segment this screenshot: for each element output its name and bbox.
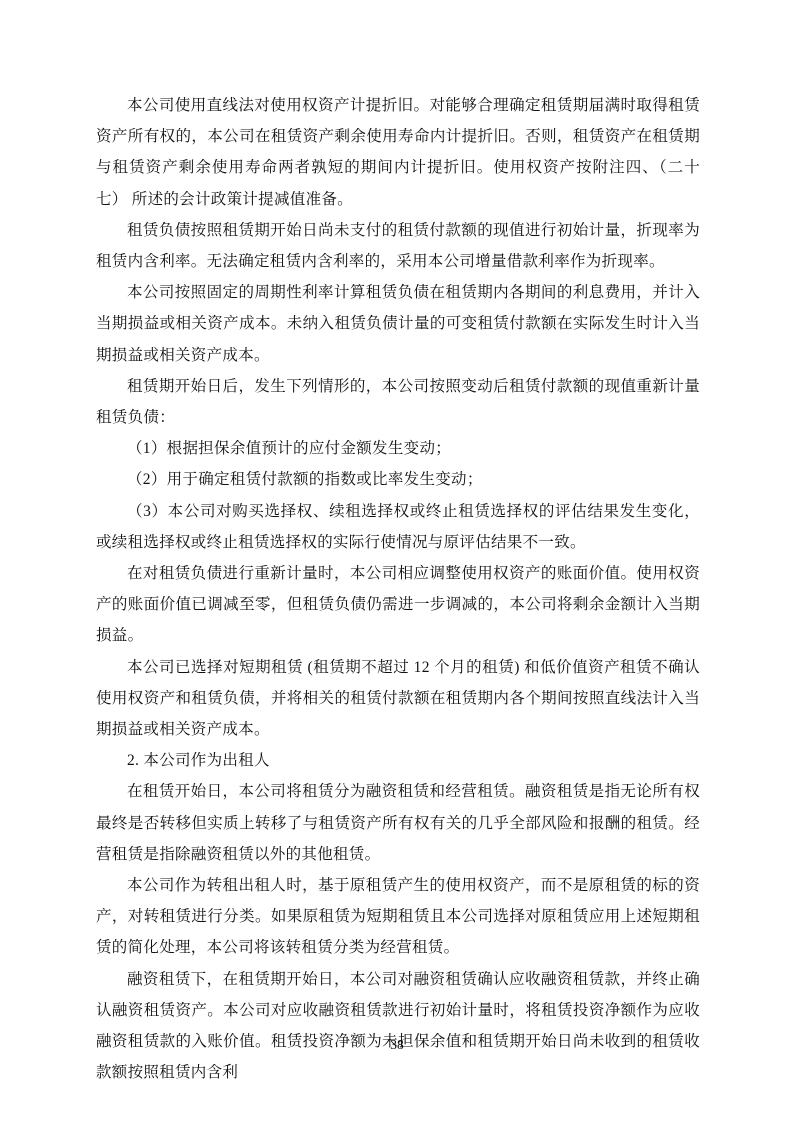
heading-lessor: 2. 本公司作为出租人: [96, 745, 700, 776]
document-page: 本公司使用直线法对使用权资产计提折旧。对能够合理确定租赁期届满时取得租赁资产所有…: [0, 0, 794, 1122]
paragraph-remeasurement-intro: 租赁期开始日后，发生下列情形的，本公司按照变动后租赁付款额的现值重新计量租赁负债…: [96, 371, 700, 433]
paragraph-short-term-lease: 本公司已选择对短期租赁 (租赁期不超过 12 个月的租赁) 和低价值资产租赁不确…: [96, 652, 700, 746]
paragraph-row-depreciation: 本公司使用直线法对使用权资产计提折旧。对能够合理确定租赁期届满时取得租赁资产所有…: [96, 90, 700, 215]
paragraph-lease-liability-initial: 租赁负债按照租赁期开始日尚未支付的租赁付款额的现值进行初始计量，折现率为租赁内含…: [96, 215, 700, 277]
paragraph-sublease: 本公司作为转租出租人时，基于原租赁产生的使用权资产，而不是原租赁的标的资产，对转…: [96, 870, 700, 964]
list-item-2: （2）用于确定租赁付款额的指数或比率发生变动；: [96, 464, 700, 495]
paragraph-lease-classification: 在租赁开始日，本公司将租赁分为融资租赁和经营租赁。融资租赁是指无论所有权最终是否…: [96, 776, 700, 870]
paragraph-remeasurement-adjust: 在对租赁负债进行重新计量时，本公司相应调整使用权资产的账面价值。使用权资产的账面…: [96, 558, 700, 652]
list-item-3: （3）本公司对购买选择权、续租选择权或终止租赁选择权的评估结果发生变化，或续租选…: [96, 496, 700, 558]
document-body: 本公司使用直线法对使用权资产计提折旧。对能够合理确定租赁期届满时取得租赁资产所有…: [96, 90, 700, 1089]
page-footer: 38: [0, 1036, 794, 1054]
paragraph-finance-lease: 融资租赁下，在租赁期开始日，本公司对融资租赁确认应收融资租赁款，并终止确认融资租…: [96, 964, 700, 1089]
paragraph-periodic-interest: 本公司按照固定的周期性利率计算租赁负债在租赁期内各期间的利息费用，并计入当期损益…: [96, 277, 700, 371]
list-item-1: （1）根据担保余值预计的应付金额发生变动；: [96, 433, 700, 464]
page-number: 38: [390, 1037, 404, 1052]
